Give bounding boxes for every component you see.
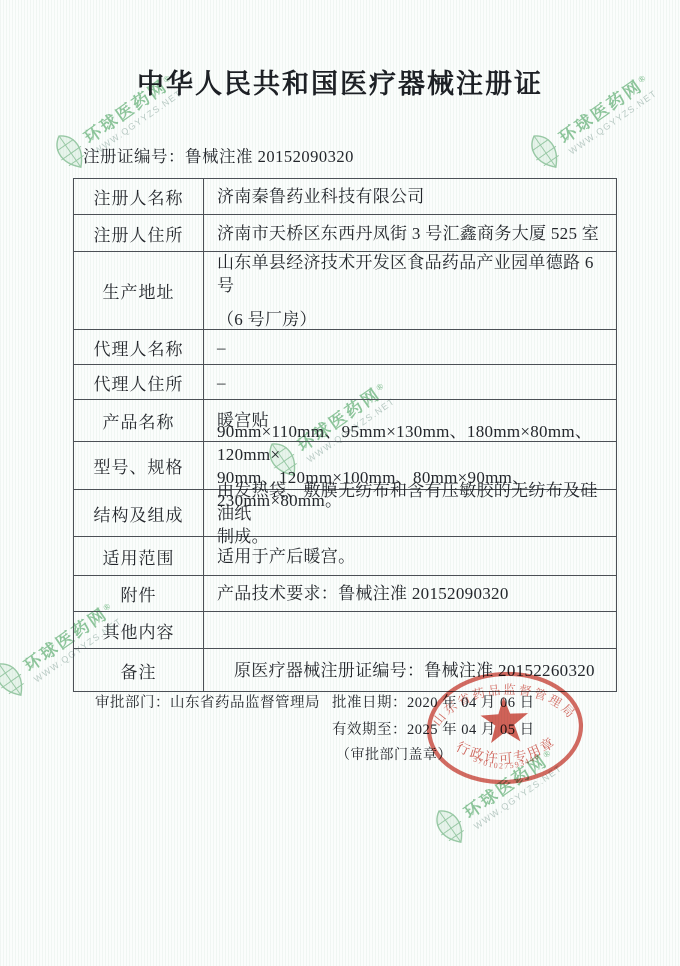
row-label: 备注 <box>74 649 204 691</box>
globe-leaf-icon <box>0 655 34 705</box>
row-value: 适用于产后暖宫。 <box>204 537 616 575</box>
row-value-line: （6 号厂房） <box>217 308 608 331</box>
table-row: 注册人名称济南秦鲁药业科技有限公司 <box>74 179 616 215</box>
row-value-line: 济南市天桥区东西丹凤街 3 号汇鑫商务大厦 525 室 <box>217 222 608 245</box>
row-value-line: 产品技术要求：鲁械注准 20152090320 <box>217 582 608 605</box>
row-label: 适用范围 <box>74 537 204 575</box>
table-row: 结构及组成由发热袋、敷膜无纺布和含有压敏胶的无纺布及硅油纸制成。 <box>74 490 616 537</box>
row-value: 产品技术要求：鲁械注准 20152090320 <box>204 576 616 611</box>
table-row: 适用范围适用于产后暖宫。 <box>74 537 616 576</box>
seal-star-icon <box>480 696 530 744</box>
row-value: 山东单县经济技术开发区食品药品产业园单德路 6 号（6 号厂房） <box>204 252 616 329</box>
row-value-line: 济南秦鲁药业科技有限公司 <box>217 185 608 208</box>
official-seal: 山东省药品监督管理局 行政许可专用章 3701027593440 <box>406 653 603 803</box>
row-value: – <box>204 330 616 364</box>
row-label: 注册人名称 <box>74 179 204 214</box>
table-row: 附件产品技术要求：鲁械注准 20152090320 <box>74 576 616 612</box>
table-row: 注册人住所济南市天桥区东西丹凤街 3 号汇鑫商务大厦 525 室 <box>74 215 616 252</box>
row-value-line: 90mm×110mm、95mm×130mm、180mm×80mm、120mm× <box>217 420 608 466</box>
row-label: 注册人住所 <box>74 215 204 251</box>
row-value-line: 适用于产后暖宫。 <box>217 545 608 568</box>
approval-department: 审批部门：山东省药品监督管理局 <box>95 691 320 712</box>
row-label: 代理人住所 <box>74 365 204 399</box>
document-title: 中华人民共和国医疗器械注册证 <box>0 62 680 101</box>
certificate-page: 环球医药网® WWW.QGYYZS.NET 环球医药网® WWW.QGYYZS.… <box>0 0 680 966</box>
row-value: – <box>204 365 616 399</box>
row-value-line: – <box>217 371 608 394</box>
row-value <box>204 612 616 648</box>
certificate-table: 注册人名称济南秦鲁药业科技有限公司注册人住所济南市天桥区东西丹凤街 3 号汇鑫商… <box>73 178 617 692</box>
row-label: 附件 <box>74 576 204 611</box>
row-value: 济南秦鲁药业科技有限公司 <box>204 179 616 214</box>
row-label: 代理人名称 <box>74 330 204 364</box>
row-label: 其他内容 <box>74 612 204 648</box>
row-value-line: 由发热袋、敷膜无纺布和含有压敏胶的无纺布及硅油纸 <box>217 479 608 525</box>
row-value: 济南市天桥区东西丹凤街 3 号汇鑫商务大厦 525 室 <box>204 215 616 251</box>
row-value-line: – <box>217 336 608 359</box>
certificate-number: 注册证编号：鲁械注准 20152090320 <box>83 143 354 167</box>
row-value-line: 山东单县经济技术开发区食品药品产业园单德路 6 号 <box>217 251 608 297</box>
row-label: 结构及组成 <box>74 490 204 536</box>
row-value: 由发热袋、敷膜无纺布和含有压敏胶的无纺布及硅油纸制成。 <box>204 490 616 536</box>
table-row: 代理人名称– <box>74 330 616 365</box>
table-row: 生产地址山东单县经济技术开发区食品药品产业园单德路 6 号（6 号厂房） <box>74 252 616 330</box>
row-label: 生产地址 <box>74 252 204 329</box>
table-row: 代理人住所– <box>74 365 616 400</box>
globe-leaf-icon <box>426 802 474 852</box>
globe-leaf-icon <box>521 127 569 177</box>
table-row: 其他内容 <box>74 612 616 649</box>
row-label: 型号、规格 <box>74 442 204 489</box>
row-label: 产品名称 <box>74 400 204 441</box>
